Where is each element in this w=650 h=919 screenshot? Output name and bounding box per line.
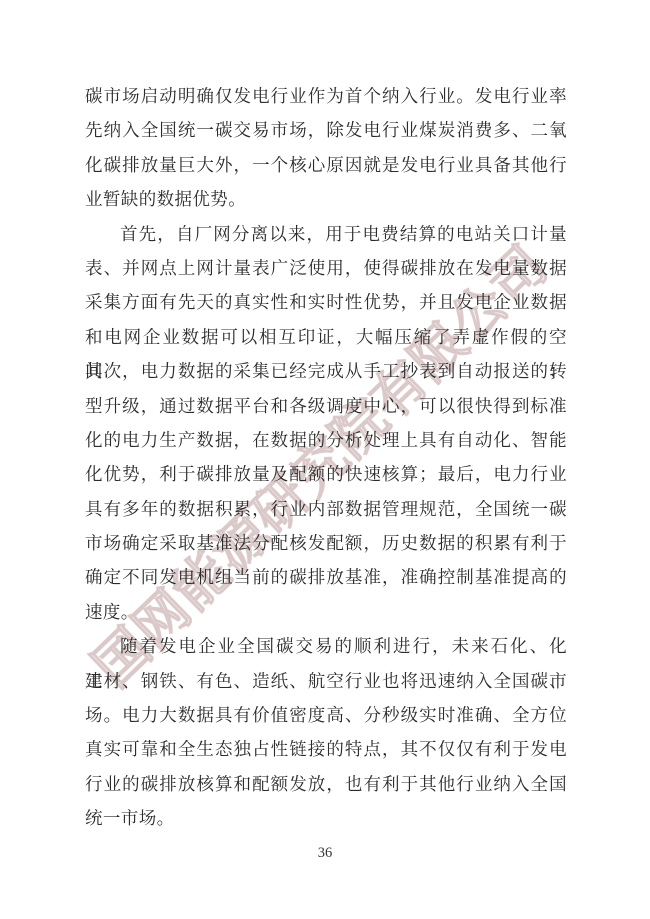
paragraph: 随着发电企业全国碳交易的顺利进行，未来石化、化工、 建材、钢铁、有色、造纸、航空… [85,629,567,835]
text-line: 具有多年的数据积累，行业内部数据管理规范，全国统一碳 [85,492,567,526]
text-line: 统一市场。 [85,801,567,835]
text-line: 和电网企业数据可以相互印证，大幅压缩了弄虚作假的空间； [85,320,567,354]
text-line: 业暂缺的数据优势。 [85,182,567,216]
text-line: 市场确定采取基准法分配核发配额，历史数据的积累有利于 [85,526,567,560]
paragraph: 碳市场启动明确仅发电行业作为首个纳入行业。发电行业率 先纳入全国统一碳交易市场，… [85,79,567,217]
page-number: 36 [0,845,650,862]
text-block: 碳市场启动明确仅发电行业作为首个纳入行业。发电行业率 先纳入全国统一碳交易市场，… [85,79,567,836]
text-line: 行业的碳排放核算和配额发放，也有利于其他行业纳入全国 [85,767,567,801]
text-line: 化优势，利于碳排放量及配额的快速核算；最后，电力行业 [85,457,567,491]
text-line: 速度。 [85,595,567,629]
text-line: 表、并网点上网计量表广泛使用，使得碳排放在发电量数据 [85,251,567,285]
text-line: 首先，自厂网分离以来，用于电费结算的电站关口计量 [85,217,567,251]
text-line: 化碳排放量巨大外，一个核心原因就是发电行业具备其他行 [85,148,567,182]
text-line: 确定不同发电机组当前的碳排放基准，准确控制基准提高的 [85,560,567,594]
text-line: 化的电力生产数据，在数据的分析处理上具有自动化、智能 [85,423,567,457]
text-line: 随着发电企业全国碳交易的顺利进行，未来石化、化工、 [85,629,567,663]
text-line: 先纳入全国统一碳交易市场，除发电行业煤炭消费多、二氧 [85,113,567,147]
text-line: 其次，电力数据的采集已经完成从手工抄表到自动报送的转 [85,354,567,388]
text-line: 场。电力大数据具有价值密度高、分秒级实时准确、全方位 [85,698,567,732]
text-line: 碳市场启动明确仅发电行业作为首个纳入行业。发电行业率 [85,79,567,113]
paragraph: 首先，自厂网分离以来，用于电费结算的电站关口计量 表、并网点上网计量表广泛使用，… [85,217,567,630]
text-line: 真实可靠和全生态独占性链接的特点，其不仅仅有利于发电 [85,732,567,766]
document-page: 国网能源研究院有限公司 碳市场启动明确仅发电行业作为首个纳入行业。发电行业率 先… [0,0,650,919]
text-line: 型升级，通过数据平台和各级调度中心，可以很快得到标准 [85,389,567,423]
text-line: 建材、钢铁、有色、造纸、航空行业也将迅速纳入全国碳市 [85,664,567,698]
text-line: 采集方面有先天的真实性和实时性优势，并且发电企业数据 [85,285,567,319]
